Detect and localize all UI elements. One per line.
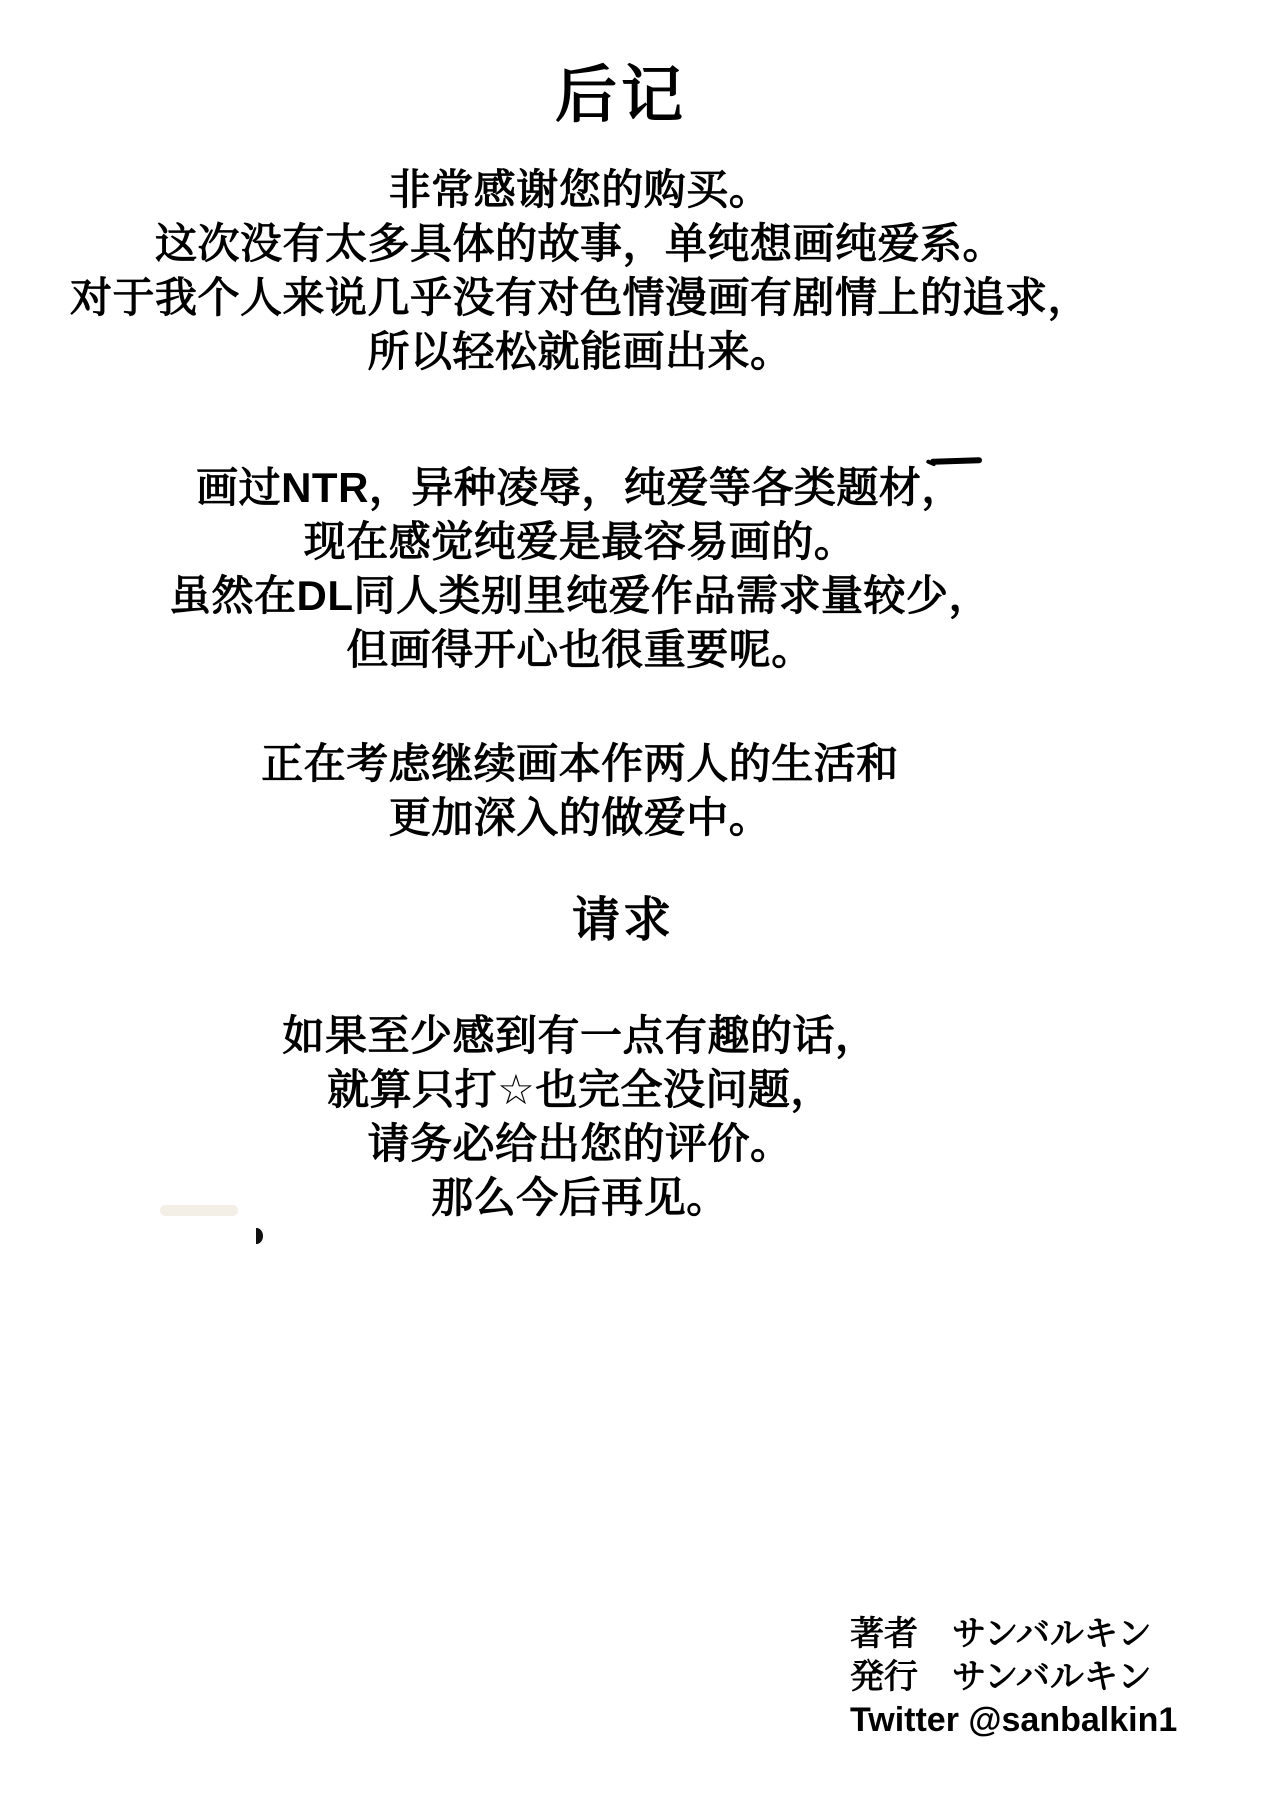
paragraph-thanks: 非常感谢您的购买。 这次没有太多具体的故事，单纯想画纯爱系。 对于我个人来说几乎… [0, 163, 1220, 379]
request-heading: 请求 [0, 894, 1263, 948]
scan-artifact-mark [256, 1228, 263, 1244]
text-line: 这次没有太多具体的故事，单纯想画纯爱系。 [0, 217, 1220, 271]
paragraph-genres: 画过NTR，异种凌辱，纯爱等各类题材， 现在感觉纯爱是最容易画的。 虽然在DL同… [0, 461, 1220, 677]
credits-block: 著者 サンバルキン 発行 サンバルキン Twitter @sanbalkin1 [850, 1613, 1177, 1742]
text-line: 但画得开心也很重要呢。 [0, 623, 1220, 677]
paragraph-request: 如果至少感到有一点有趣的话， 就算只打☆也完全没问题， 请务必给出您的评价。 那… [0, 1009, 1220, 1225]
text-line: 现在感觉纯爱是最容易画的。 [0, 515, 1220, 569]
page-title: 后记 [0, 62, 1261, 130]
text-line: 所以轻松就能画出来。 [0, 325, 1220, 379]
text-line: 画过NTR，异种凌辱，纯爱等各类题材， [0, 461, 1220, 515]
scan-smudge [160, 1205, 238, 1216]
text-line: 正在考虑继续画本作两人的生活和 [0, 737, 1220, 791]
paragraph-future-plans: 正在考虑继续画本作两人的生活和 更加深入的做爱中。 [0, 737, 1220, 845]
publisher-credit: 発行 サンバルキン [850, 1656, 1177, 1699]
afterword-page: 后记 非常感谢您的购买。 这次没有太多具体的故事，单纯想画纯爱系。 对于我个人来… [0, 0, 1280, 1807]
text-line: 如果至少感到有一点有趣的话， [0, 1009, 1220, 1063]
twitter-handle: Twitter @sanbalkin1 [850, 1699, 1177, 1742]
text-line: 非常感谢您的购买。 [0, 163, 1220, 217]
text-line: 那么今后再见。 [0, 1171, 1220, 1225]
text-line: 更加深入的做爱中。 [0, 791, 1220, 845]
text-line: 请务必给出您的评价。 [0, 1117, 1220, 1171]
text-line: 虽然在DL同人类别里纯爱作品需求量较少， [0, 569, 1220, 623]
text-line: 对于我个人来说几乎没有对色情漫画有剧情上的追求， [0, 271, 1220, 325]
text-line: 就算只打☆也完全没问题， [0, 1063, 1220, 1117]
author-credit: 著者 サンバルキン [850, 1613, 1177, 1656]
